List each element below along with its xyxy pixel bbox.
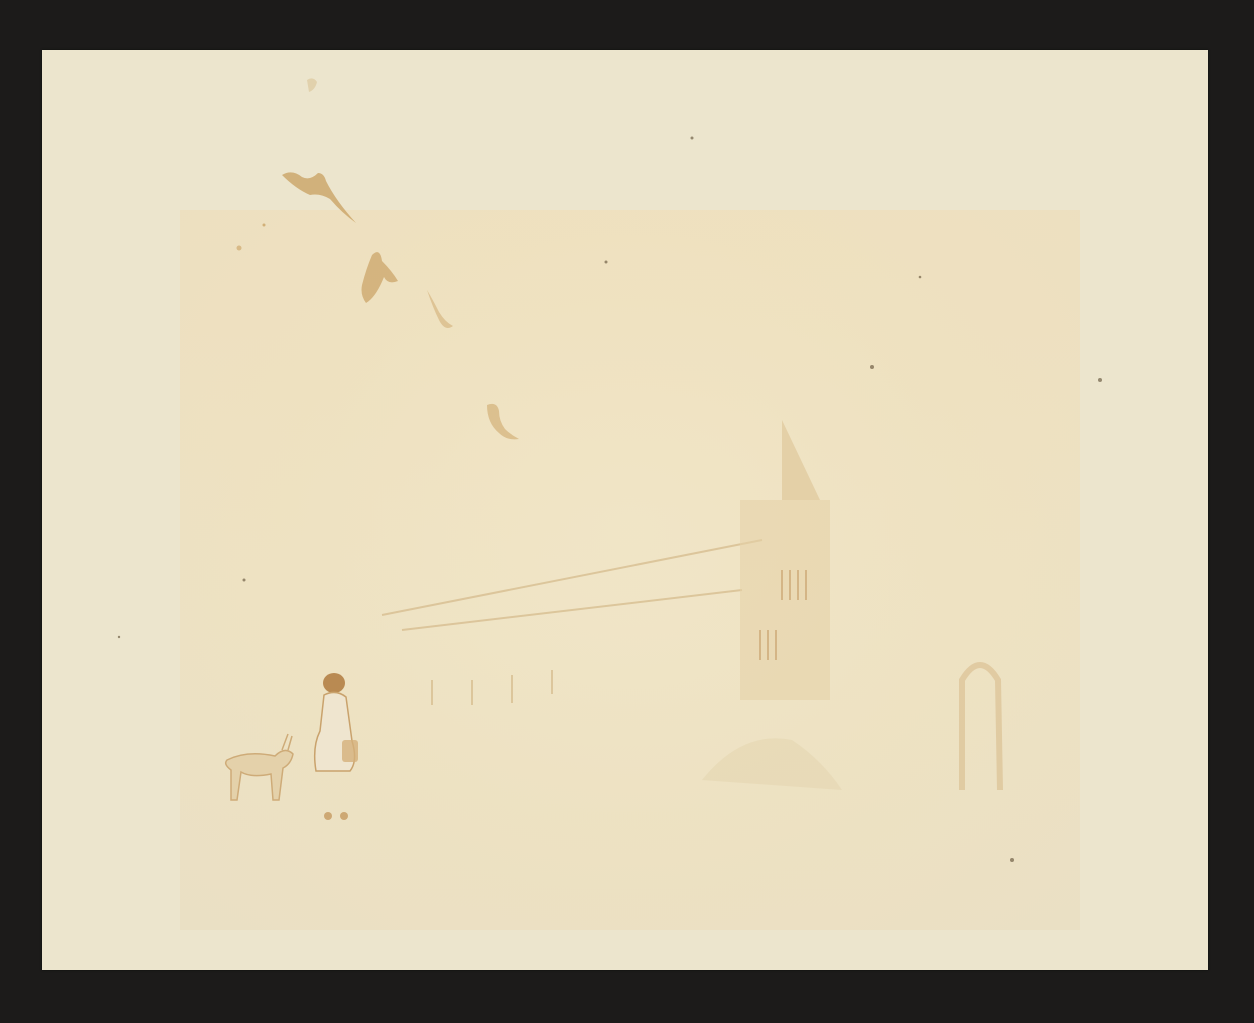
print-scene xyxy=(42,50,1208,970)
foxing-stains xyxy=(237,78,520,439)
standing-figure xyxy=(315,673,358,820)
paper-sheet xyxy=(42,50,1208,970)
long-building xyxy=(382,540,762,705)
church-tower xyxy=(740,420,830,700)
goat xyxy=(226,734,293,800)
ground xyxy=(702,738,842,790)
arched-gateway xyxy=(962,665,1000,790)
dust-specks xyxy=(118,137,1102,863)
